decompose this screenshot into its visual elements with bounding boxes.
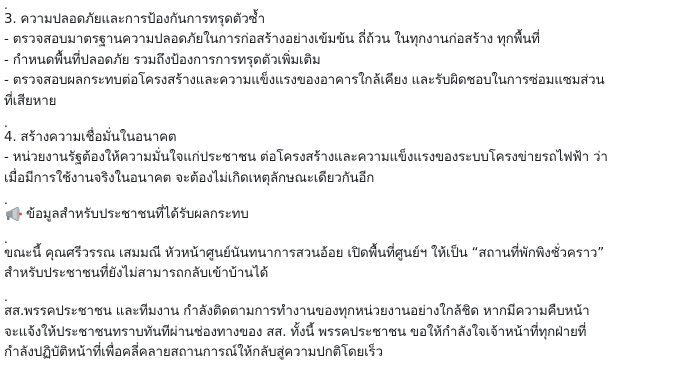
separator-dot: . [4, 234, 673, 244]
separator-dot: . [4, 118, 673, 128]
section-3-item: - ตรวจสอบผลกระทบต่อโครงสร้างและความแข็งแ… [4, 71, 673, 91]
separator-dot: . [4, 292, 673, 302]
section-4-item: - หน่วยงานรัฐต้องให้ความมั่นใจแก่ประชาชน… [4, 148, 673, 168]
closing-paragraph-line: จะแจ้งให้ประชาชนทราบทันทีผ่านช่องทางของ … [4, 323, 673, 343]
info-paragraph-line: ขณะนี้ คุณศรีวรรณ เสมมณี หัวหน้าศูนย์นัน… [4, 244, 673, 264]
closing-paragraph-line: สส.พรรคประชาชน และทีมงาน กำลังติดตามการท… [4, 302, 673, 322]
info-paragraph-line: สำหรับประชาชนที่ยังไม่สามารถกลับเข้าบ้าน… [4, 264, 673, 284]
section-4-heading: 4. สร้างความเชื่อมั่นในอนาคต [4, 128, 673, 148]
megaphone-icon [4, 207, 22, 221]
section-3-heading: 3. ความปลอดภัยและการป้องกันการทรุดตัวซ้ำ [4, 10, 673, 30]
section-4-item-continued: เมื่อมีการใช้งานจริงในอนาคต จะต้องไม่เกิ… [4, 169, 673, 189]
info-heading: ข้อมูลสำหรับประชาชนที่ได้รับผลกระทบ [26, 205, 249, 225]
section-3-item: - กำหนดพื้นที่ปลอดภัย รวมถึงป้องการการทร… [4, 51, 673, 71]
separator-dot: . [4, 0, 673, 10]
section-3-item-continued: ที่เสียหาย [4, 92, 673, 112]
section-3-item: - ตรวจสอบมาตรฐานความปลอดภัยในการก่อสร้าง… [4, 30, 673, 50]
closing-paragraph-line: กำลังปฏิบัติหน้าที่เพื่อคลี่คลายสถานการณ… [4, 343, 673, 363]
separator-dot: . [4, 195, 673, 205]
info-heading-row: ข้อมูลสำหรับประชาชนที่ได้รับผลกระทบ [4, 205, 673, 225]
post-body: . 3. ความปลอดภัยและการป้องกันการทรุดตัวซ… [0, 0, 673, 364]
